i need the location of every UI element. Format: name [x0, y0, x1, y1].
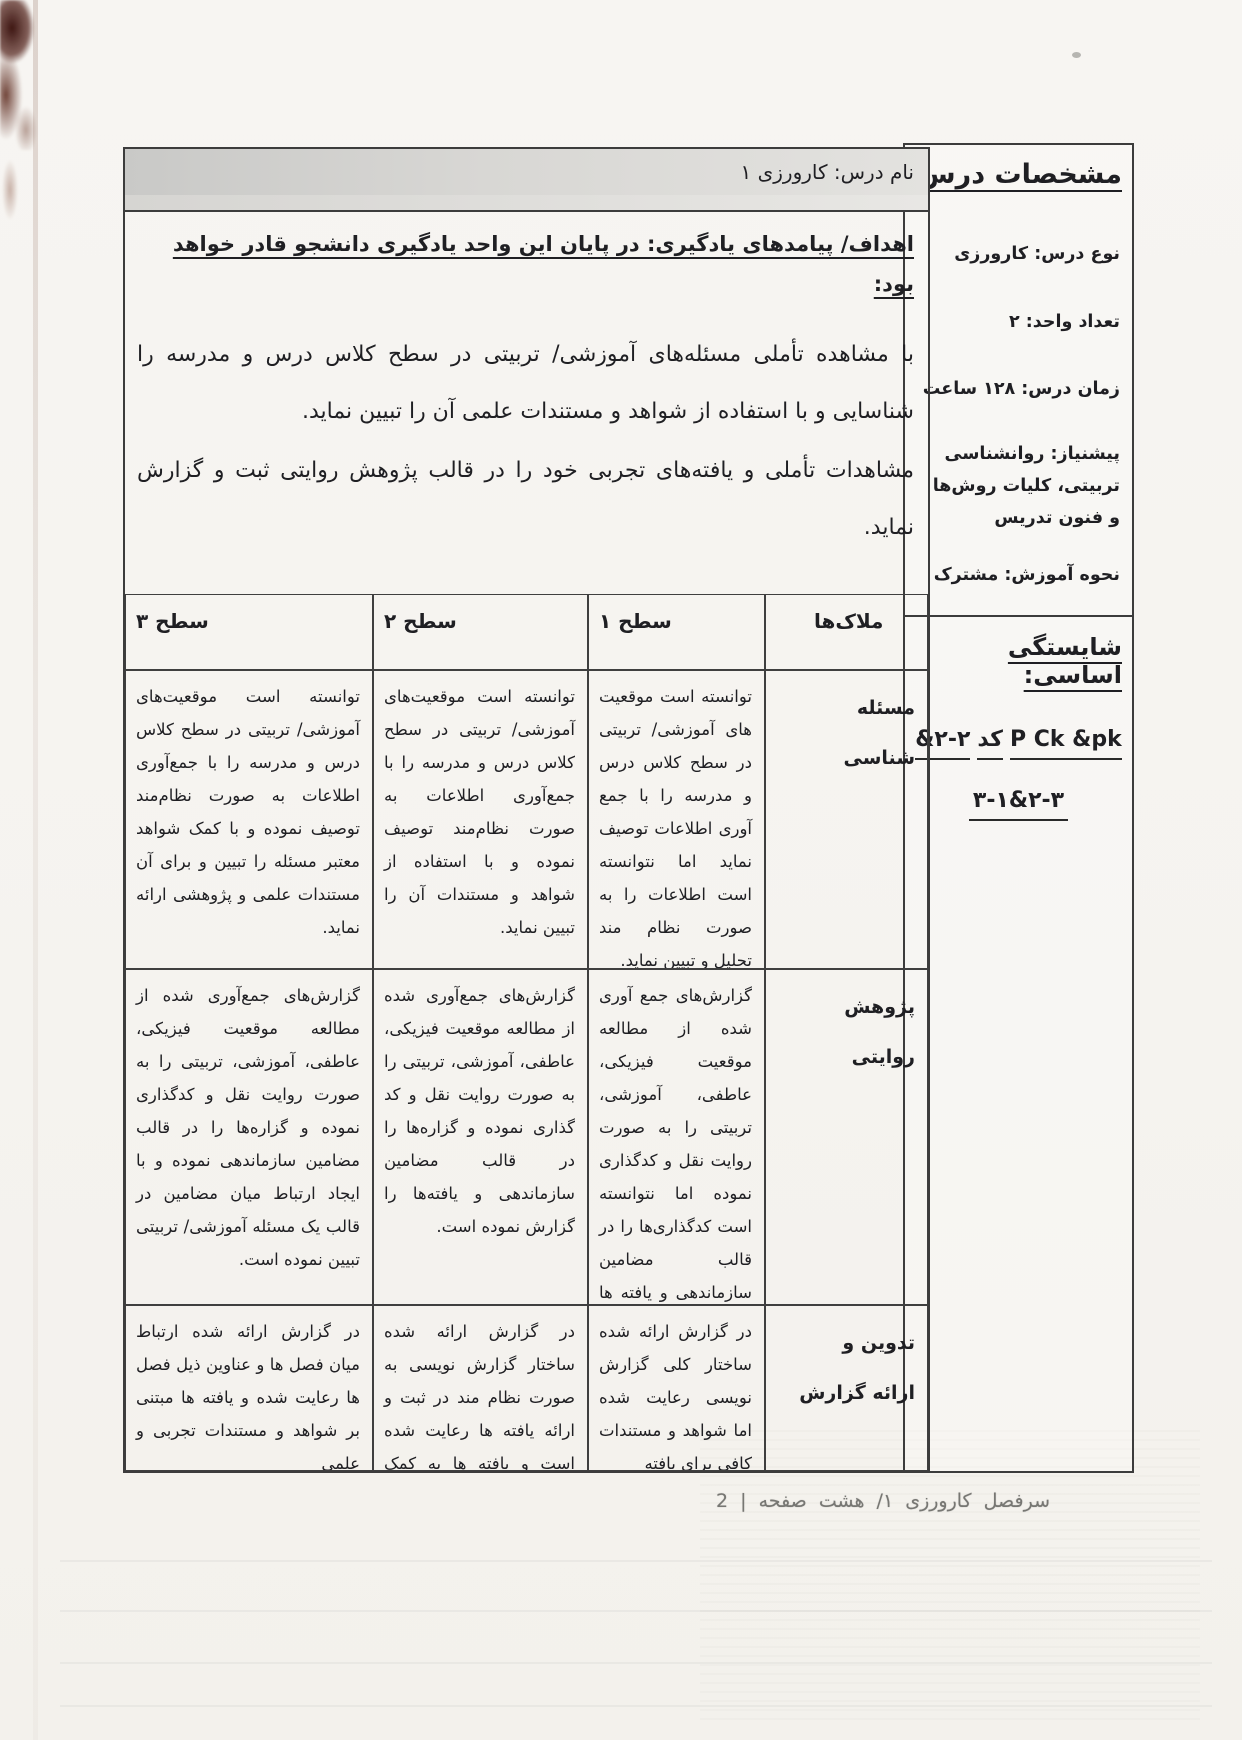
course-hours: زمان درس: ۱۲۸ ساعت	[917, 373, 1120, 405]
rubric-cell-level2: گزارش‌های جمع‌آوری شده از مطالعه موقعیت …	[373, 969, 588, 1305]
column-header-level2: سطح ۲	[373, 594, 588, 670]
column-header-level1: سطح ۱	[588, 594, 765, 670]
page-fold-line	[33, 0, 38, 1740]
course-type: نوع درس: کارورزی	[917, 238, 1120, 270]
competency-code-line2: ۳-۱&۲-۳	[905, 788, 1132, 821]
objectives-heading: اهداف/ پیامدهای یادگیری: در پایان این وا…	[137, 224, 914, 304]
rubric-cell-level3: توانسته است موقعیت‌های آموزشی/ تربیتی در…	[125, 670, 373, 969]
column-header-level3: سطح ۳	[125, 594, 373, 670]
core-competency-title: شایستگی اساسی:	[915, 633, 1122, 689]
course-prerequisite: پیشنیاز: روانشناسی تربیتی، کلیات روش‌ها …	[917, 438, 1120, 534]
course-specs-panel: مشخصات درس نوع درس: کارورزی تعداد واحد: …	[903, 143, 1134, 1473]
rubric-cell-level3: گزارش‌های جمع‌آوری شده از مطالعه موقعیت …	[125, 969, 373, 1305]
scanned-document-page: مشخصات درس نوع درس: کارورزی تعداد واحد: …	[0, 0, 1242, 1740]
row-criteria: پژوهش روایتی	[765, 969, 928, 1305]
competency-code-line1: &۲-۲ کد P Ck &pk	[905, 727, 1132, 760]
rubric-cell-level2: در گزارش ارائه شده ساختار گزارش نویسی به…	[373, 1305, 588, 1471]
divider	[905, 615, 1132, 617]
course-name-strip-shadow	[125, 195, 928, 212]
ink-stain	[2, 150, 28, 240]
row-criteria: تدوین و ارائه گزارش	[765, 1305, 928, 1471]
ink-stain	[0, 0, 58, 150]
rubric-cell-level2: توانسته است موقعیت‌های آموزشی/ تربیتی در…	[373, 670, 588, 969]
competency-code-part: کد	[977, 727, 1003, 760]
rubric-cell-level1: در گزارش ارائه شده ساختار کلی گزارش نویس…	[588, 1305, 765, 1471]
row-criteria: مسئله شناسی	[765, 670, 928, 969]
scan-speck	[1072, 52, 1081, 58]
objective-paragraph: مشاهدات تأملی و یافته‌های تجربی خود را د…	[137, 442, 914, 556]
objective-paragraph: با مشاهده تأملی مسئله‌های آموزشی/ تربیتی…	[137, 326, 914, 440]
course-name-strip: نام درس: کارورزی ۱	[125, 149, 928, 195]
competency-code-part: P Ck &pk	[1010, 727, 1122, 760]
rubric-cell-level1: گزارش‌های جمع آوری شده از مطالعه موقعیت …	[588, 969, 765, 1305]
course-content-block: نام درس: کارورزی ۱ اهداف/ پیامدهای یادگی…	[123, 147, 930, 1473]
rubric-table: ملاک‌ها سطح ۱ سطح ۲ سطح ۳ مسئله شناسی تو…	[125, 594, 928, 1471]
column-header-criteria: ملاک‌ها	[765, 594, 928, 670]
learning-objectives: اهداف/ پیامدهای یادگیری: در پایان این وا…	[125, 212, 928, 556]
rubric-cell-level1: توانسته است موقعیت های آموزشی/ تربیتی در…	[588, 670, 765, 969]
course-specs-title: مشخصات درس	[915, 159, 1122, 190]
rubric-cell-level3: در گزارش ارائه شده ارتباط میان فصل ها و …	[125, 1305, 373, 1471]
teaching-mode: نحوه آموزش: مشترک	[917, 559, 1120, 591]
course-name: نام درس: کارورزی ۱	[741, 160, 914, 184]
scan-noise	[700, 1430, 1200, 1720]
course-units: تعداد واحد: ۲	[917, 306, 1120, 338]
page-footer: سرفصل کارورزی ۱/ هشت صفحه | 2	[580, 1490, 1050, 1512]
